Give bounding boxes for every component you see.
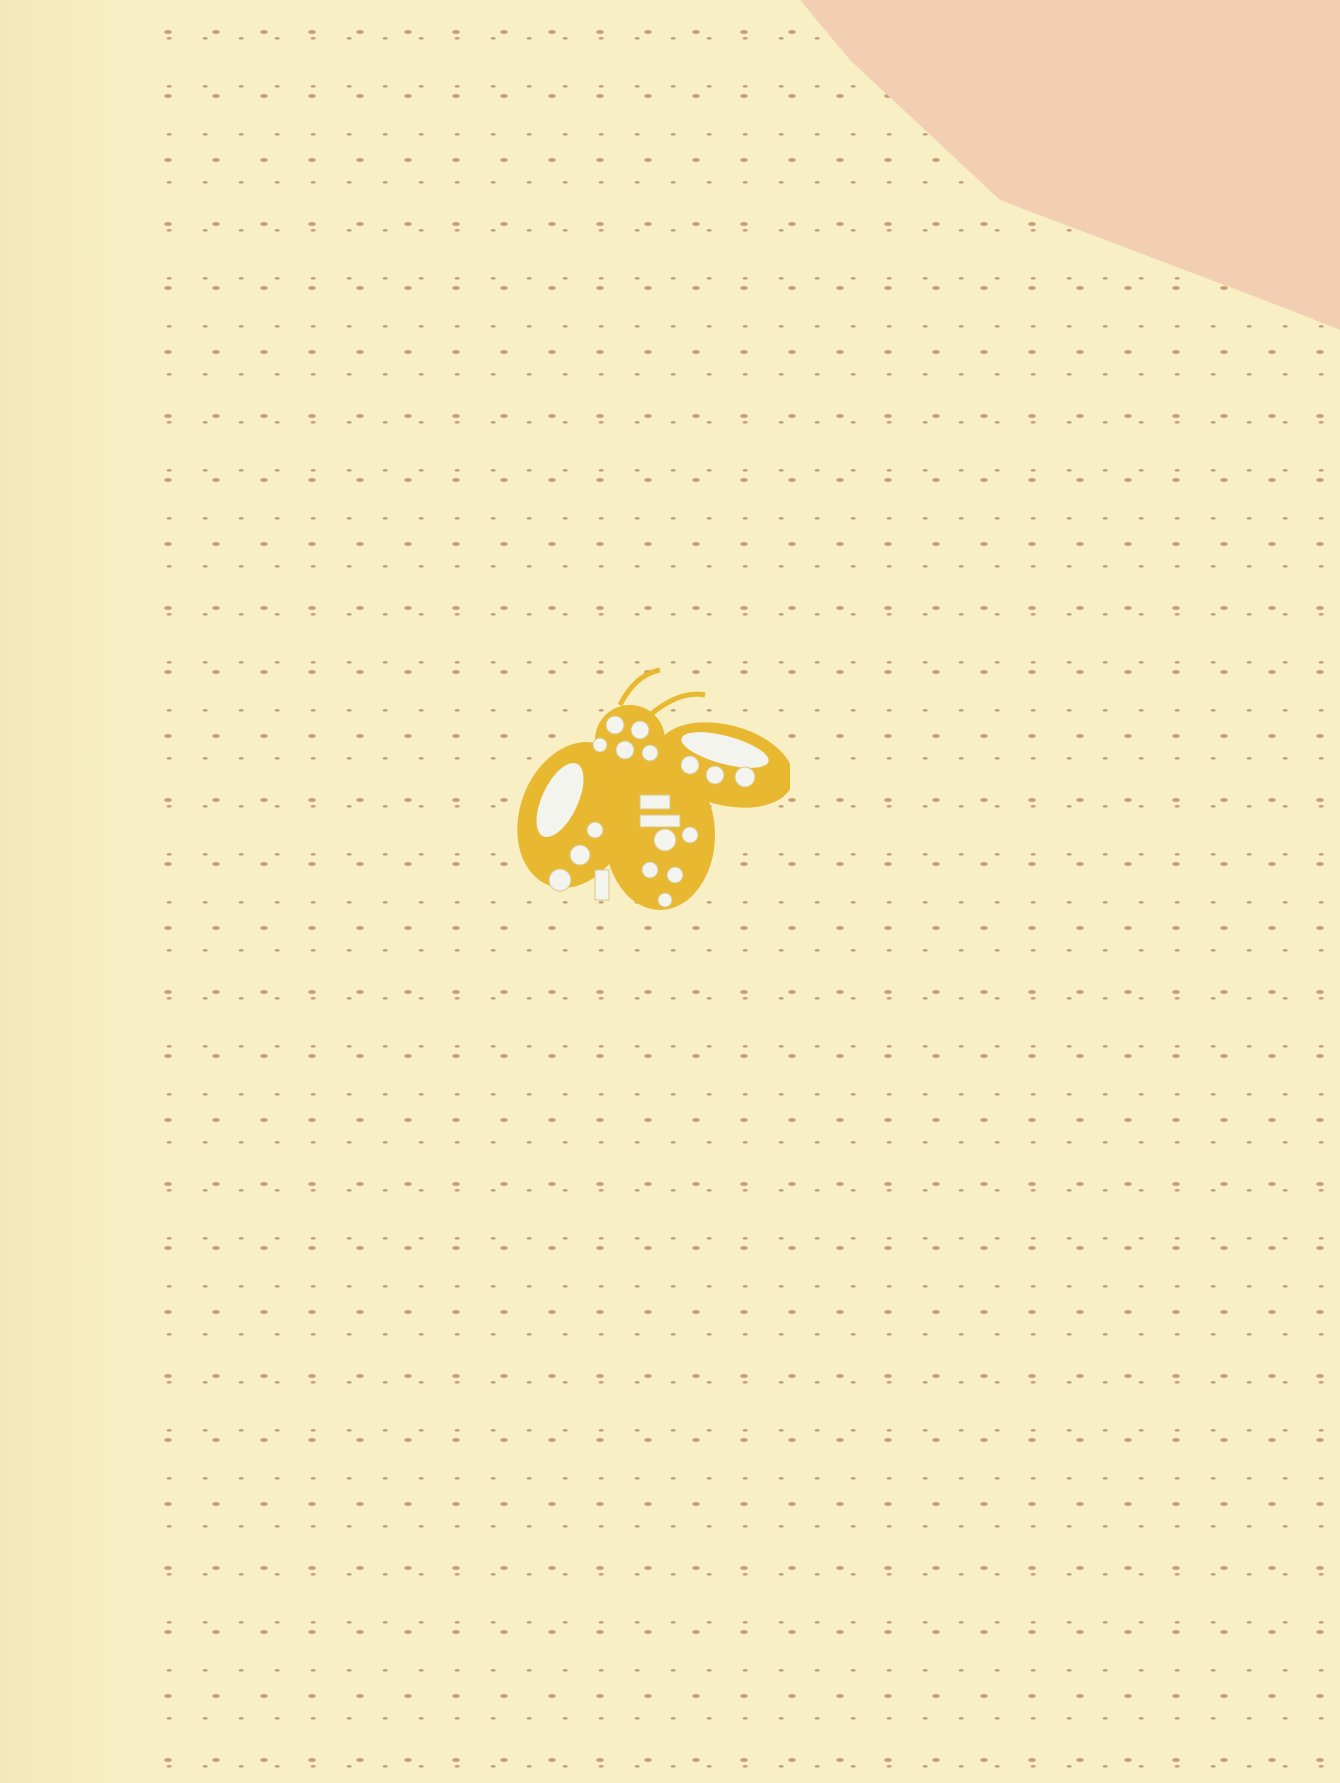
garment-fold bbox=[0, 0, 140, 1783]
bee-brooch-icon bbox=[500, 665, 790, 915]
product-photo bbox=[0, 0, 1340, 1783]
